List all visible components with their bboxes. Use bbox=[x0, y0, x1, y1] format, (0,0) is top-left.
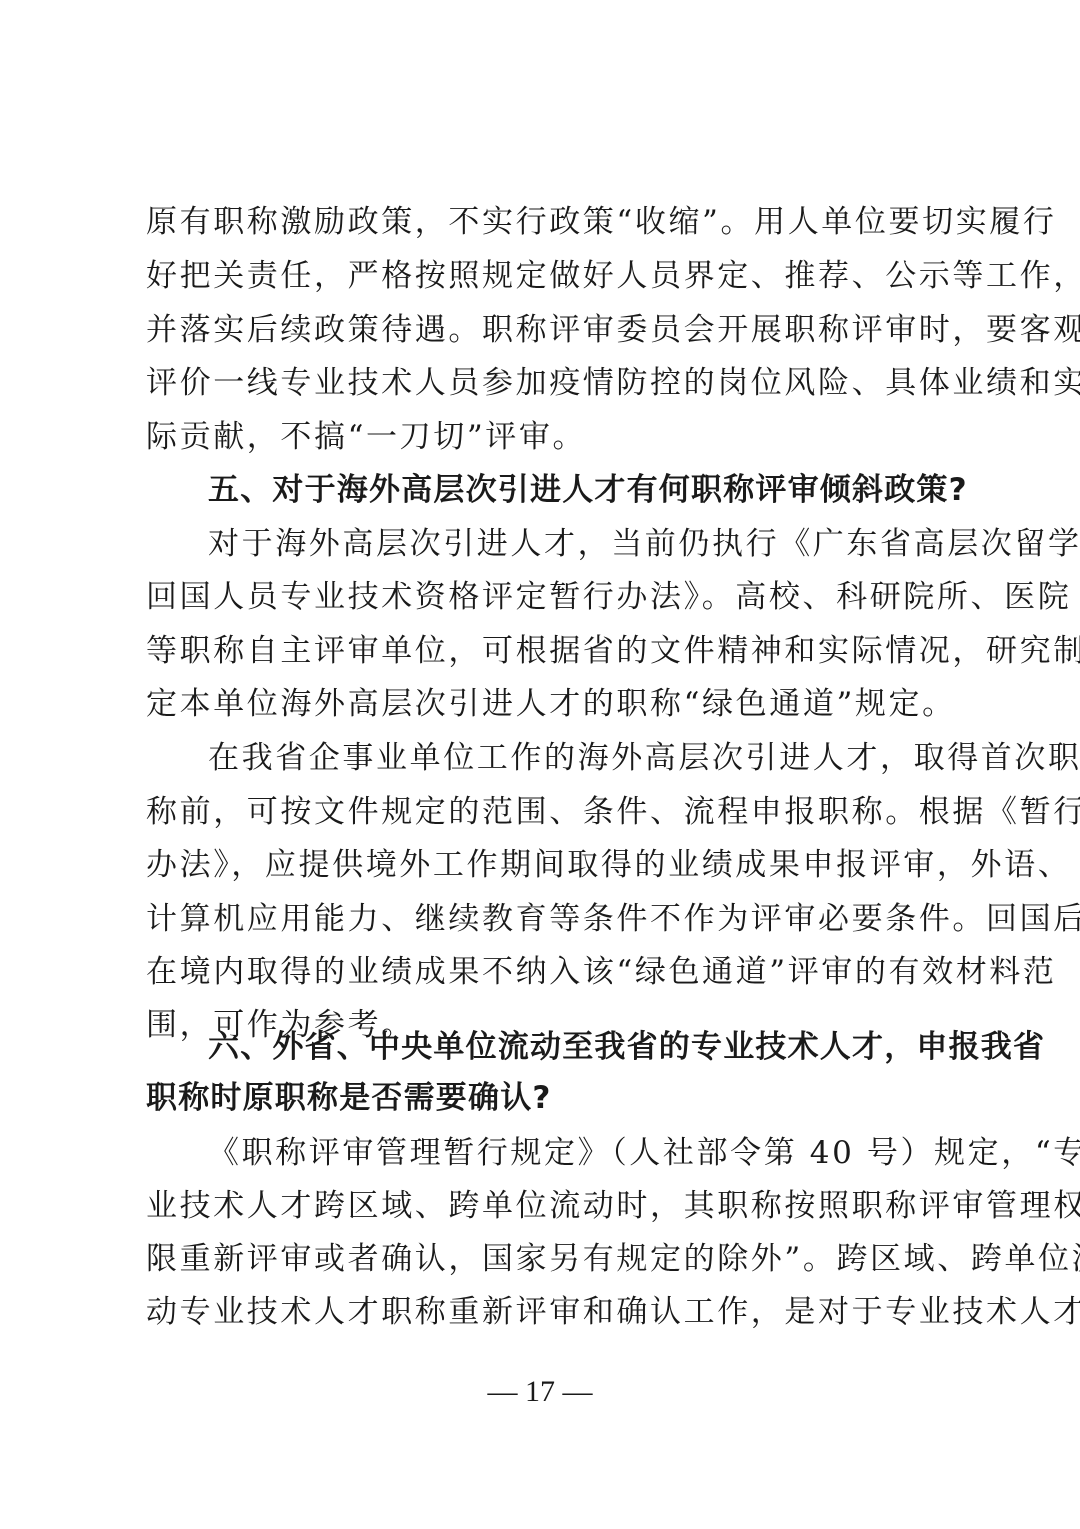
body-text-line: 回国人员专业技术资格评定暂行办法》。高校、科研院所、医院 bbox=[146, 570, 944, 624]
body-text-line: 在我省企事业单位工作的海外高层次引进人才，取得首次职 bbox=[208, 731, 944, 785]
body-text-line: 《职称评审管理暂行规定》（人社部令第 40 号）规定，“专 bbox=[208, 1126, 944, 1180]
body-text-line: 原有职称激励政策，不实行政策“收缩”。用人单位要切实履行 bbox=[146, 195, 944, 249]
section-heading-6-cont: 职称时原职称是否需要确认? bbox=[146, 1071, 944, 1125]
body-text-line: 对于海外高层次引进人才，当前仍执行《广东省高层次留学 bbox=[208, 517, 944, 571]
section-heading-6: 六、外省、中央单位流动至我省的专业技术人才，申报我省 bbox=[208, 1020, 944, 1074]
body-text-line: 等职称自主评审单位，可根据省的文件精神和实际情况，研究制 bbox=[146, 624, 944, 678]
body-text-line: 称前，可按文件规定的范围、条件、流程申报职称。根据《暂行 bbox=[146, 785, 944, 839]
body-text-line: 在境内取得的业绩成果不纳入该“绿色通道”评审的有效材料范 bbox=[146, 945, 944, 999]
body-text-line: 办法》，应提供境外工作期间取得的业绩成果申报评审，外语、 bbox=[146, 838, 944, 892]
body-text-line: 好把关责任，严格按照规定做好人员界定、推荐、公示等工作， bbox=[146, 249, 944, 303]
body-text-line: 业技术人才跨区域、跨单位流动时，其职称按照职称评审管理权 bbox=[146, 1179, 944, 1233]
page-number: — 17 — bbox=[0, 1370, 1080, 1414]
section-heading-5: 五、对于海外高层次引进人才有何职称评审倾斜政策? bbox=[208, 463, 944, 517]
body-text-line: 限重新评审或者确认，国家另有规定的除外”。跨区域、跨单位流 bbox=[146, 1232, 944, 1286]
body-text-line: 计算机应用能力、继续教育等条件不作为评审必要条件。回国后 bbox=[146, 892, 944, 946]
body-text-line: 并落实后续政策待遇。职称评审委员会开展职称评审时，要客观 bbox=[146, 303, 944, 357]
body-text-line: 动专业技术人才职称重新评审和确认工作，是对于专业技术人才 bbox=[146, 1285, 944, 1339]
body-text-line: 评价一线专业技术人员参加疫情防控的岗位风险、具体业绩和实 bbox=[146, 356, 944, 410]
document-page: 原有职称激励政策，不实行政策“收缩”。用人单位要切实履行 好把关责任，严格按照规… bbox=[146, 0, 944, 1529]
body-text-line: 际贡献，不搞“一刀切”评审。 bbox=[146, 410, 944, 464]
body-text-line: 定本单位海外高层次引进人才的职称“绿色通道”规定。 bbox=[146, 677, 944, 731]
